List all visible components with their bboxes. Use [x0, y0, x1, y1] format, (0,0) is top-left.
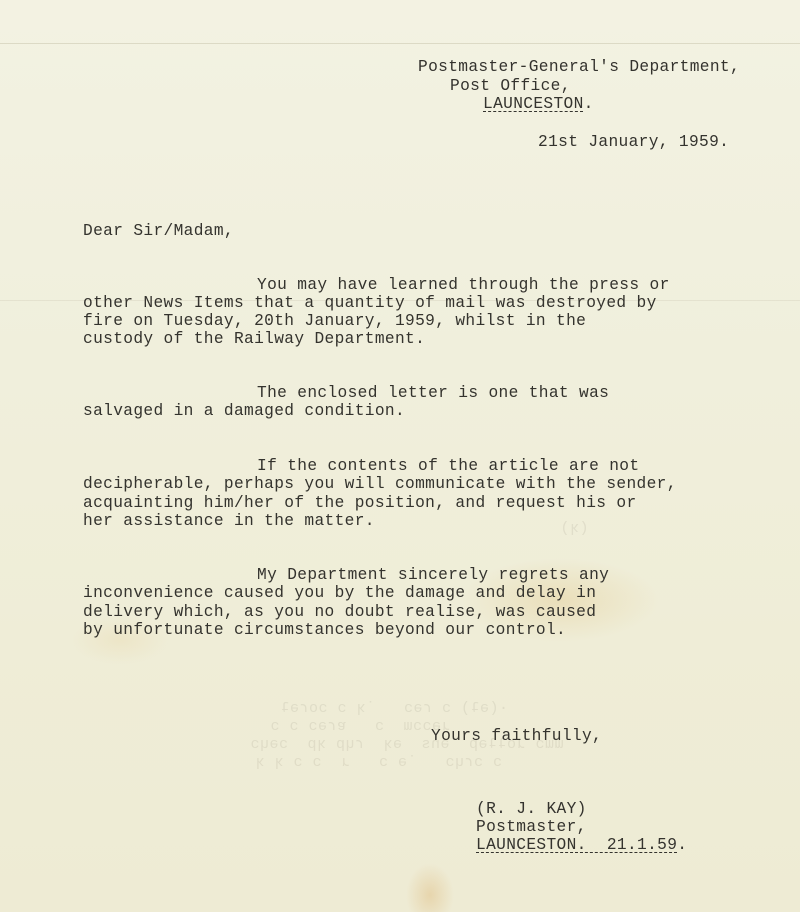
paragraph-line: custody of the Railway Department.	[83, 330, 425, 348]
letterhead-town-name: LAUNCESTON	[483, 95, 584, 113]
paragraph-line: My Department sincerely regrets any	[257, 566, 609, 584]
closing: Yours faithfully,	[431, 727, 602, 745]
bleed-through-text: ·(ǝʇ) ɔ ɾǝɔ ˙ʞ ɔ ɔoɾǝʇ	[280, 700, 508, 717]
salutation: Dear Sir/Madam,	[83, 222, 234, 240]
paragraph-line: delivery which, as you no doubt realise,…	[83, 603, 596, 621]
paragraph-line: fire on Tuesday, 20th January, 1959, whi…	[83, 312, 586, 330]
paragraph-line: salvaged in a damaged condition.	[83, 402, 405, 420]
signatory-place-date-text: LAUNCESTON. 21.1.59	[476, 836, 677, 854]
paragraph-line: The enclosed letter is one that was	[257, 384, 609, 402]
paragraph-line: other News Items that a quantity of mail…	[83, 294, 657, 312]
bleed-through-text: ɹǝɔɔɯ ɔ ɐɾǝɔ ɔ ɔ	[270, 718, 451, 735]
paragraph-line: If the contents of the article are not	[257, 457, 639, 475]
letterhead-department: Postmaster-General's Department,	[418, 58, 740, 76]
paragraph-line: You may have learned through the press o…	[257, 276, 670, 294]
letterhead-town: LAUNCESTON.	[483, 95, 594, 113]
letterhead-post-office: Post Office,	[450, 77, 571, 95]
paragraph-line: inconvenience caused you by the damage a…	[83, 584, 596, 602]
paragraph-line: acquainting him/her of the position, and…	[83, 494, 637, 512]
paragraph-line: by unfortunate circumstances beyond our …	[83, 621, 566, 639]
signatory-name: (R. J. KAY)	[476, 800, 587, 818]
bleed-through-text: (ʞ)	[560, 520, 589, 537]
signatory-title: Postmaster,	[476, 818, 587, 836]
bleed-through-text: ɔ ɔɾɥɔ ˙ǝ ɔ ɹ ɔ ɔ ʞ ʞ	[255, 754, 502, 771]
letter-date: 21st January, 1959.	[538, 133, 729, 151]
signatory-place-date: LAUNCESTON. 21.1.59.	[476, 836, 687, 854]
paper-fold-line	[0, 43, 800, 44]
paragraph-line: decipherable, perhaps you will communica…	[83, 475, 677, 493]
paragraph-line: her assistance in the matter.	[83, 512, 375, 530]
